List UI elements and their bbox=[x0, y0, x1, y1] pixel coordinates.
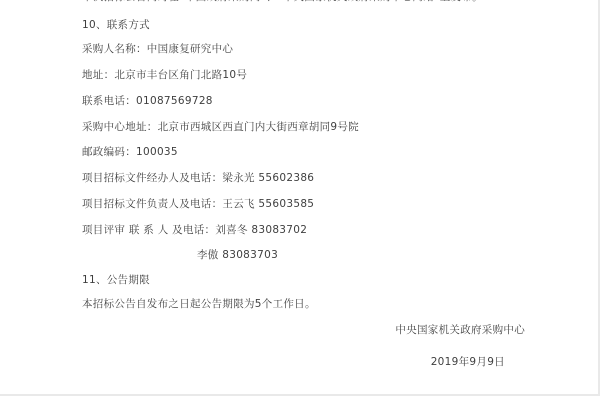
purchaser-name-line: 采购人名称：中国康复研究中心 bbox=[82, 43, 233, 56]
signature-date: 2019年9月9日 bbox=[431, 356, 505, 369]
project-review-contact-line-2: 李傲 83083703 bbox=[197, 249, 278, 262]
contact-section-heading: 10、联系方式 bbox=[82, 19, 150, 32]
signature-issuer: 中央国家机关政府采购中心 bbox=[395, 324, 525, 337]
bid-document-manager-line: 项目招标文件负责人及电话：王云飞 55603585 bbox=[82, 198, 314, 211]
notice-period-body-line: 本招标公告自发布之日起公告期限为5个工作日。 bbox=[82, 298, 316, 311]
contact-phone-line: 联系电话：01087569728 bbox=[82, 95, 213, 108]
notice-period-section-heading: 11、公告期限 bbox=[82, 274, 150, 287]
clipped-top-text-line: 本次招标公告同时在“中国政府采购网”、“中央国家机关政府采购中心网站”上发布。 bbox=[82, 0, 483, 4]
purchaser-address-line: 地址：北京市丰台区角门北路10号 bbox=[82, 69, 247, 82]
procurement-center-address-line: 采购中心地址：北京市西城区西直门内大街西章胡同9号院 bbox=[82, 121, 359, 134]
bid-document-handler-line: 项目招标文件经办人及电话：梁永光 55602386 bbox=[82, 172, 314, 185]
procurement-notice-page: 本次招标公告同时在“中国政府采购网”、“中央国家机关政府采购中心网站”上发布。 … bbox=[0, 0, 600, 396]
project-review-contact-line: 项目评审 联 系 人 及电话：刘喜冬 83083702 bbox=[82, 224, 307, 237]
postal-code-line: 邮政编码：100035 bbox=[82, 146, 178, 159]
